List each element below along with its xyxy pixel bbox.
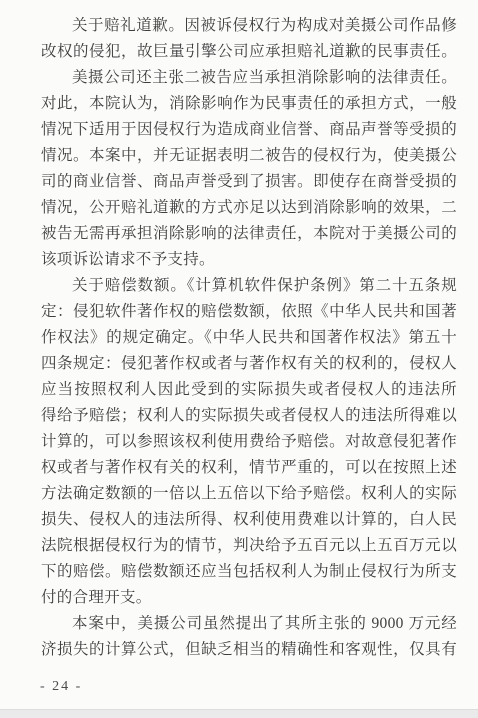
text-line: 情况下适用于因侵权行为造成商业信誉、商品声誉等受损的: [41, 117, 457, 143]
text-line: 该项诉讼请求不予支持。: [41, 247, 457, 273]
text-line: 本案中，美摄公司虽然提出了其所主张的 9000 万元经: [41, 611, 457, 637]
text-line: 下的赔偿。赔偿数额还应当包括权利人为制止侵权行为所支: [41, 559, 457, 585]
text-line: 法院根据侵权行为的情节，判决给予五百元以上五百万元以: [41, 533, 457, 559]
text-line: 损失、侵权人的违法所得、权利使用费难以计算的，白人民: [41, 507, 457, 533]
text-line: 四条规定：侵犯著作权或者与著作权有关的权利的，侵权人: [41, 351, 457, 377]
text-line: 司的商业信誉、商品声誉受到了损害。即使存在商誉受损的: [41, 169, 457, 195]
document-body: 关于赔礼道歉。因被诉侵权行为构成对美摄公司作品修改权的侵犯，故巨量引擎公司应承担…: [41, 13, 457, 663]
text-line: 对此，本院认为，消除影响作为民事责任的承担方式，一般: [41, 91, 457, 117]
text-line: 得给予赔偿；权利人的实际损失或者侵权人的违法所得难以: [41, 403, 457, 429]
text-line: 济损失的计算公式，但缺乏相当的精确性和客观性，仅具有: [41, 637, 457, 663]
text-line: 改权的侵犯，故巨量引擎公司应承担赔礼道歉的民事责任。: [41, 39, 457, 65]
text-line: 关于赔礼道歉。因被诉侵权行为构成对美摄公司作品修: [41, 13, 457, 39]
text-line: 权或者与著作权有关的权利，情节严重的，可以在按照上述: [41, 455, 457, 481]
text-line: 关于赔偿数额。《计算机软件保护条例》第二十五条规: [41, 273, 457, 299]
text-line: 计算的，可以参照该权利使用费给予赔偿。对故意侵犯著作: [41, 429, 457, 455]
text-line: 情况。本案中，并无证据表明二被告的侵权行为，使美摄公: [41, 143, 457, 169]
text-line: 付的合理开支。: [41, 585, 457, 611]
document-page: 关于赔礼道歉。因被诉侵权行为构成对美摄公司作品修改权的侵犯，故巨量引擎公司应承担…: [0, 0, 478, 718]
scan-edge: [0, 709, 478, 718]
text-line: 情况，公开赔礼道歉的方式亦足以达到消除影响的效果，二: [41, 195, 457, 221]
text-line: 美摄公司还主张二被告应当承担消除影响的法律责任。: [41, 65, 457, 91]
text-line: 作权法》的规定确定。《中华人民共和国著作权法》第五十: [41, 325, 457, 351]
text-line: 被告无需再承担消除影响的法律责任，本院对于美摄公司的: [41, 221, 457, 247]
text-line: 应当按照权利人因此受到的实际损失或者侵权人的违法所: [41, 377, 457, 403]
text-line: 方法确定数额的一倍以上五倍以下给予赔偿。权利人的实际: [41, 481, 457, 507]
page-number: - 24 -: [40, 678, 82, 696]
text-line: 定：侵犯软件著作权的赔偿数额，依照《中华人民共和国著: [41, 299, 457, 325]
